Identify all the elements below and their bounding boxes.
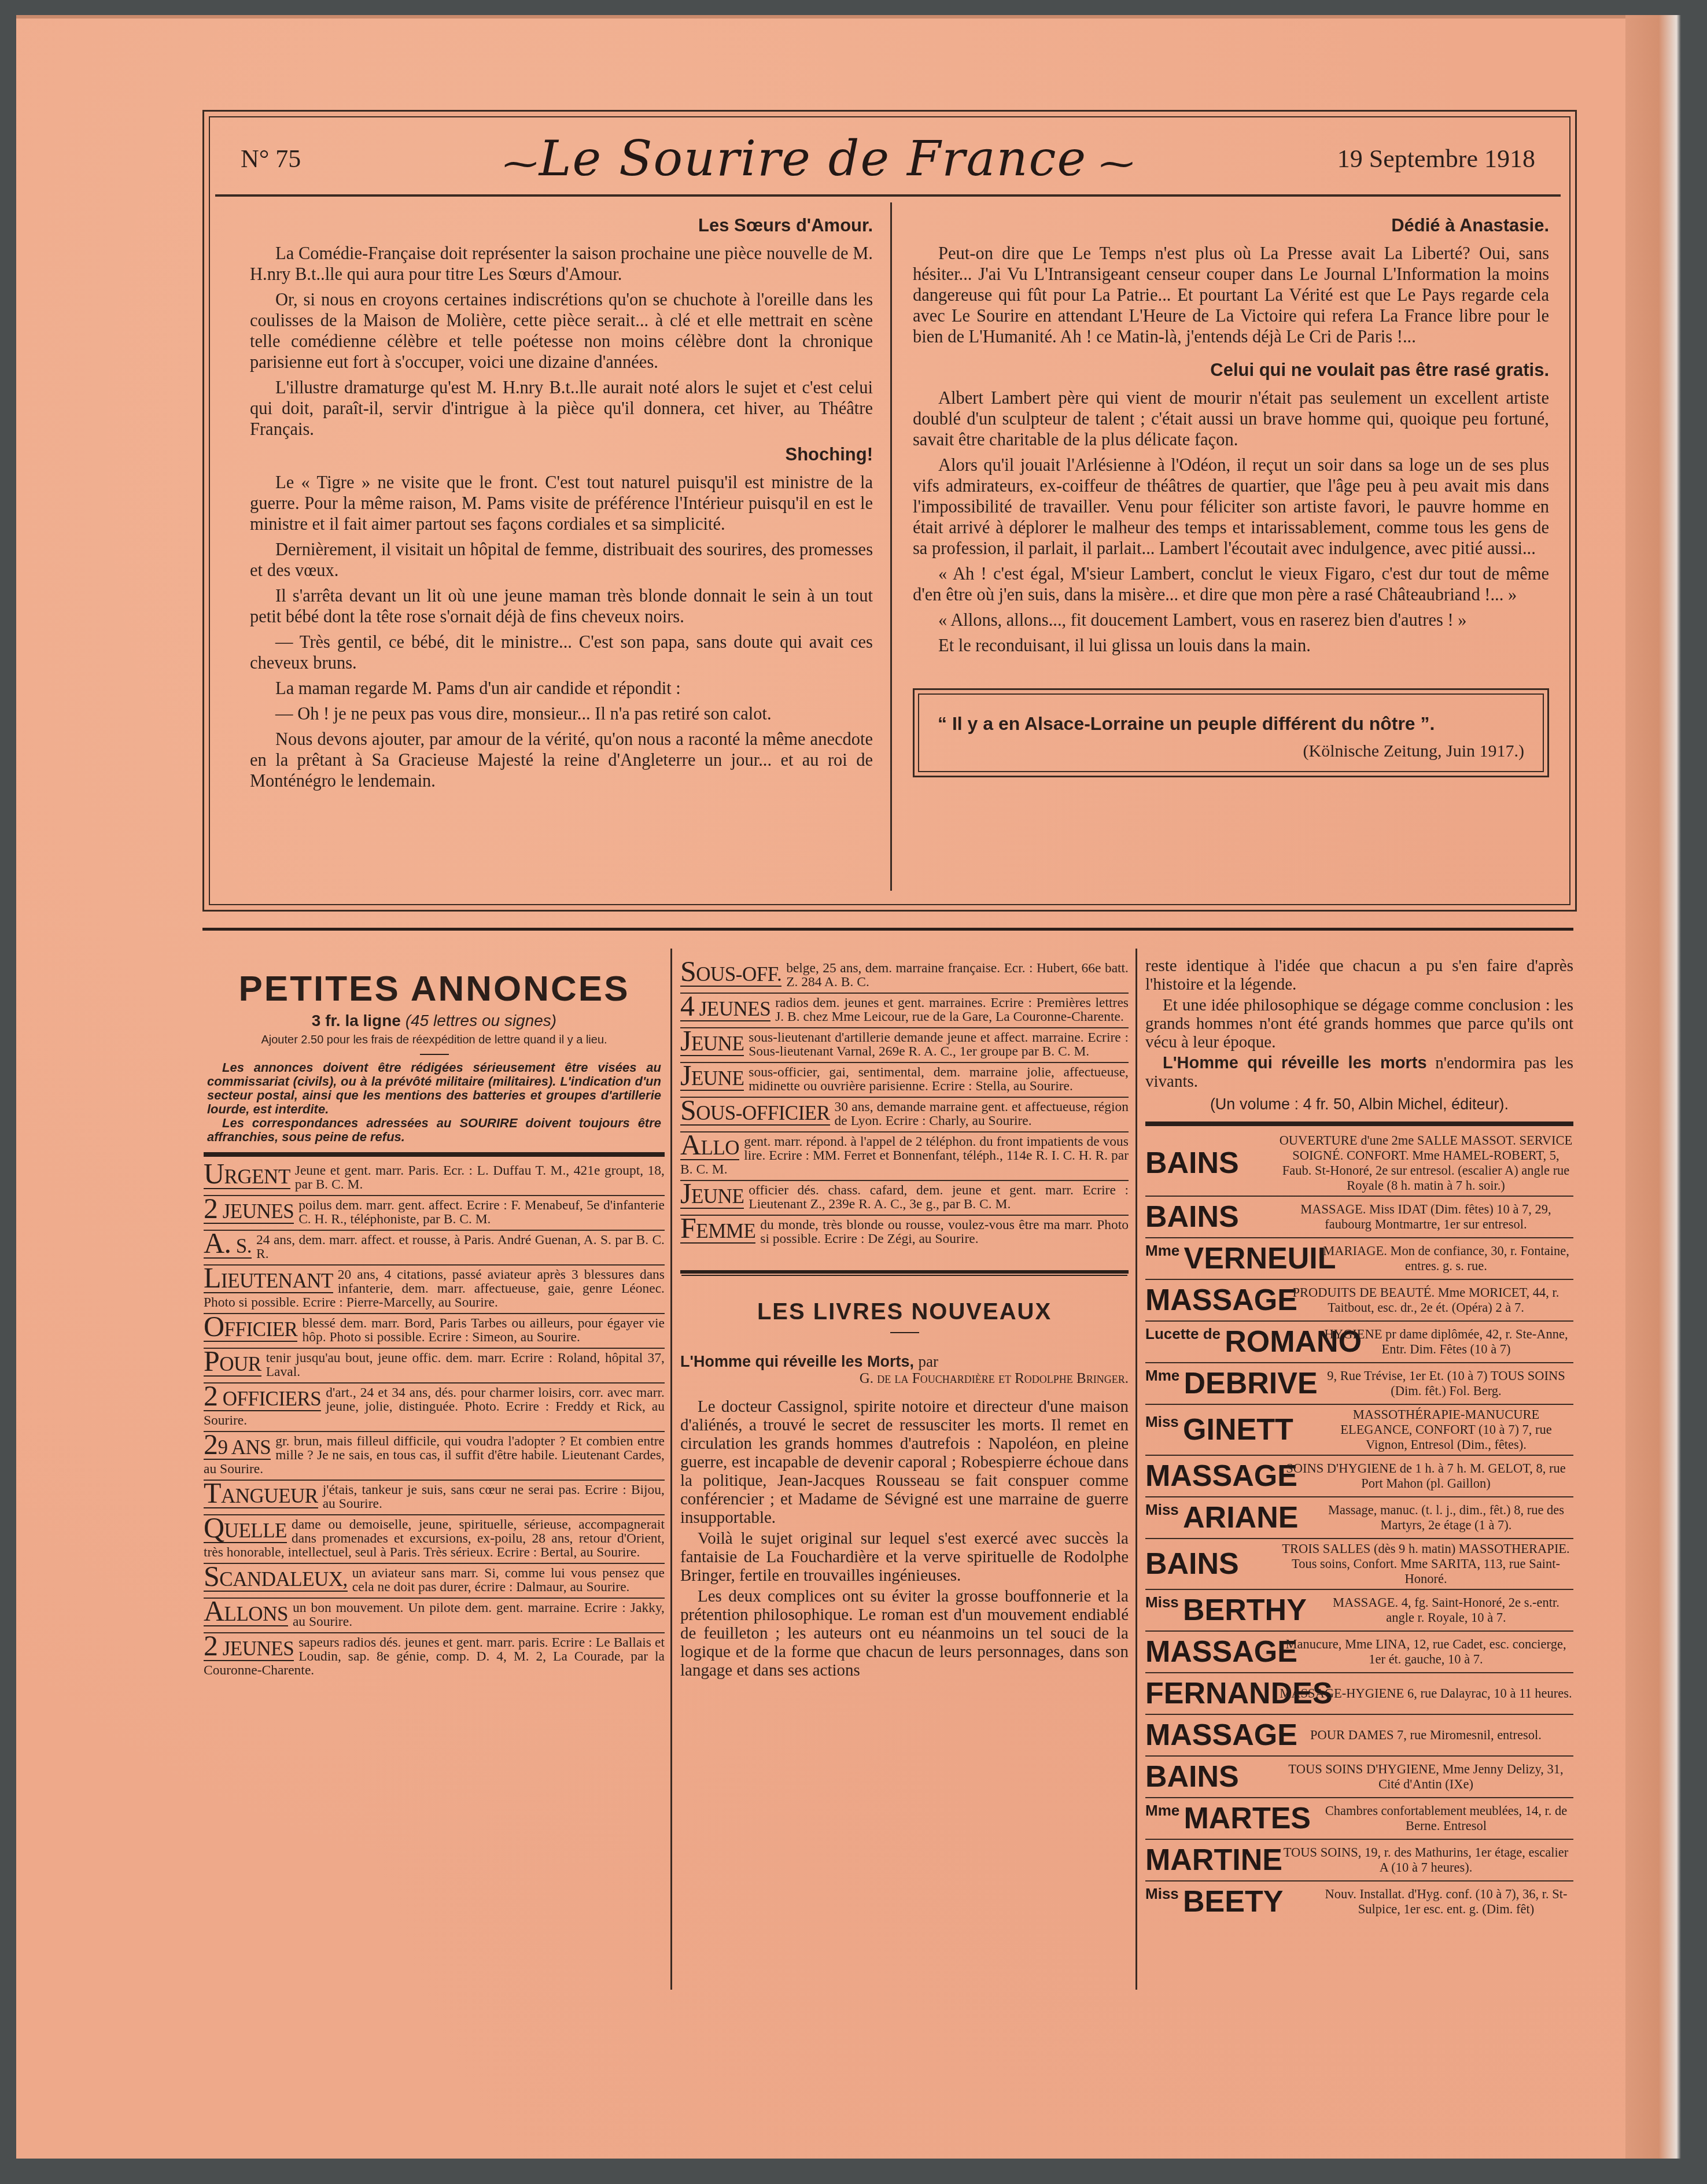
article-paragraph: Le « Tigre » ne visite que le front. C'e… — [250, 472, 873, 534]
article-paragraph: Nous devons ajouter, par amour de la vér… — [250, 729, 873, 791]
classified-ad-text: Jeune et gent. marr. Paris. Ecr. : L. Du… — [295, 1163, 665, 1192]
classified-ad-keyword: QUELLE — [204, 1518, 287, 1543]
classified-ad: SOUS-OFFICIER30 ans, demande marraine ge… — [680, 1098, 1129, 1132]
article-paragraph: Alors qu'il jouait l'Arlésienne à l'Odéo… — [913, 455, 1549, 559]
classified-list: URGENTJeune et gent. marr. Paris. Ecr. :… — [204, 1161, 665, 1681]
classified-ad: SCANDALEUX,un aviateur sans marr. Si, co… — [204, 1564, 665, 1599]
classified-ad: JEUNEofficier dés. chass. cafard, dem. j… — [680, 1181, 1129, 1216]
thick-divider — [204, 1152, 665, 1157]
classified-ad: 2 JEUNESsapeurs radios dés. jeunes et ge… — [204, 1633, 665, 1681]
classified-ad: ALLOgent. marr. répond. à l'appel de 2 t… — [680, 1132, 1129, 1181]
classified-ad-text: 24 ans, dem. marr. affect. et rousse, à … — [256, 1233, 665, 1261]
display-ad-text: Massage, manuc. (t. l. j., dim., fêt.) 8… — [1319, 1503, 1573, 1533]
display-ad-text: MASSAGE. Miss IDAT (Dim. fêtes) 10 à 7, … — [1278, 1202, 1573, 1232]
article-heading: Les Sœurs d'Amour. — [250, 215, 873, 236]
display-ad: BAINSMASSAGE. Miss IDAT (Dim. fêtes) 10 … — [1145, 1197, 1573, 1238]
display-ad-name: MASSAGE — [1145, 1718, 1297, 1752]
classified-ad-keyword: SCANDALEUX, — [204, 1566, 348, 1592]
display-ad: Miss ARIANEMassage, manuc. (t. l. j., di… — [1145, 1497, 1573, 1539]
quote-box: “ Il y a en Alsace-Lorraine un peuple di… — [913, 688, 1549, 777]
display-ad-name: BAINS — [1145, 1146, 1239, 1180]
classified-ad-keyword: 2 JEUNES — [204, 1636, 294, 1661]
display-ad-text: SOINS D'HYGIENE de 1 h. à 7 h. M. GELOT,… — [1278, 1461, 1573, 1491]
display-ad-text: MASSOTHÉRAPIE-MANUCURE ELEGANCE, CONFORT… — [1319, 1407, 1573, 1452]
classified-ad-text: gent. marr. répond. à l'appel de 2 télép… — [680, 1134, 1129, 1177]
display-ad-name: BAINS — [1145, 1760, 1239, 1794]
display-ad: MASSAGESOINS D'HYGIENE de 1 h. à 7 h. M.… — [1145, 1456, 1573, 1497]
classified-ad: LIEUTENANT20 ans, 4 citations, passé avi… — [204, 1266, 665, 1314]
display-ad-text: Chambres confortablement meublées, 14, r… — [1319, 1803, 1573, 1833]
top-columns: Les Sœurs d'Amour. La Comédie-Française … — [215, 202, 1561, 891]
classified-ad-keyword: A. S. — [204, 1233, 252, 1259]
article-paragraph: Dernièrement, il visitait un hôpital de … — [250, 539, 873, 581]
classified-ad: JEUNEsous-officier, gai, sentimental, de… — [680, 1063, 1129, 1098]
right-column: Dédié à Anastasie. Peut-on dire que Le T… — [892, 202, 1561, 891]
display-ad: Mme DEBRIVE9, Rue Trévise, 1er Et. (10 à… — [1145, 1363, 1573, 1405]
classified-ad: SOUS-OFF.belge, 25 ans, dem. marraine fr… — [680, 959, 1129, 994]
double-divider — [680, 1270, 1129, 1274]
classified-ad-text: 30 ans, demande marraine gent. et affect… — [835, 1100, 1129, 1128]
classifieds-title: PETITES ANNONCES — [204, 968, 665, 1009]
classified-ad-keyword: TANGUEUR — [204, 1483, 318, 1508]
classified-ad-text: sous-lieutenant d'artillerie demande jeu… — [749, 1030, 1129, 1059]
display-ad-text: 9, Rue Trévise, 1er Et. (10 à 7) TOUS SO… — [1319, 1368, 1573, 1399]
article-paragraph: « Allons, allons..., fit doucement Lambe… — [913, 610, 1549, 630]
display-ad-list: BAINSOUVERTURE d'une 2me SALLE MASSOT. S… — [1145, 1131, 1573, 1922]
classified-ad: 29 ANSgr. brun, mais filleul difficile, … — [204, 1432, 665, 1481]
display-ad-name: Mme MARTES — [1145, 1802, 1311, 1835]
classified-ad: 4 JEUNESradios dem. jeunes et gent. marr… — [680, 994, 1129, 1028]
display-ad-text: MASSAGE-HYGIENE 6, rue Dalayrac, 10 à 11… — [1278, 1686, 1573, 1701]
article-paragraph: Or, si nous en croyons certaines indiscr… — [250, 289, 873, 372]
article-paragraph: — Oh ! je ne peux pas vous dire, monsieu… — [250, 703, 873, 724]
display-ad-text: PRODUITS DE BEAUTÉ. Mme MORICET, 44, r. … — [1278, 1285, 1573, 1315]
article-paragraph: La Comédie-Française doit représenter la… — [250, 243, 873, 285]
short-divider — [890, 1332, 919, 1333]
display-ad-text: TROIS SALLES (dès 9 h. matin) MASSOTHERA… — [1278, 1541, 1573, 1587]
classified-ad-text: du monde, très blonde ou rousse, voulez-… — [760, 1218, 1129, 1246]
classified-ad-keyword: FEMME — [680, 1218, 755, 1244]
classified-ad-keyword: 2 JEUNES — [204, 1198, 294, 1224]
classified-list: SOUS-OFF.belge, 25 ans, dem. marraine fr… — [680, 959, 1129, 1249]
display-ad-text: MARIAGE. Mon de confiance, 30, r. Fontai… — [1319, 1244, 1573, 1274]
classified-ad-keyword: LIEUTENANT — [204, 1268, 333, 1293]
classified-ad-text: un bon mouvement. Un pilote dem. gent. m… — [293, 1600, 665, 1629]
classified-ad: 2 JEUNESpoilus dem. marr. gent. affect. … — [204, 1196, 665, 1231]
display-ad-text: Nouv. Installat. d'Hyg. conf. (10 à 7), … — [1319, 1887, 1573, 1917]
classified-ad-keyword: JEUNE — [680, 1183, 744, 1209]
display-ad-name: MASSAGE — [1145, 1635, 1297, 1669]
classified-ad: FEMMEdu monde, très blonde ou rousse, vo… — [680, 1216, 1129, 1249]
display-ad: MARTINETOUS SOINS, 19, r. des Mathurins,… — [1145, 1840, 1573, 1882]
display-ad-name: Mme DEBRIVE — [1145, 1367, 1318, 1400]
display-ad: Mme MARTESChambres confortablement meubl… — [1145, 1798, 1573, 1840]
display-ad: BAINSTOUS SOINS D'HYGIENE, Mme Jenny Del… — [1145, 1757, 1573, 1798]
display-ad-name: MARTINE — [1145, 1843, 1282, 1877]
display-ad: BAINSOUVERTURE d'une 2me SALLE MASSOT. S… — [1145, 1131, 1573, 1197]
classified-ad-keyword: 2 OFFICIERS — [204, 1386, 321, 1411]
display-ad-name: Miss BERTHY — [1145, 1593, 1307, 1627]
display-ad: Miss GINETTMASSOTHÉRAPIE-MANUCURE ELEGAN… — [1145, 1405, 1573, 1456]
classified-ad: 2 OFFICIERSd'art., 24 et 34 ans, dés. po… — [204, 1384, 665, 1432]
classified-ad: QUELLEdame ou demoiselle, jeune, spiritu… — [204, 1515, 665, 1564]
book-review-continued: reste identique à l'idée que chacun a pu… — [1145, 957, 1573, 1091]
article-paragraph: « Ah ! c'est égal, M'sieur Lambert, conc… — [913, 563, 1549, 605]
quote-text: “ Il y a en Alsace-Lorraine un peuple di… — [938, 710, 1524, 737]
display-ad-text: Manucure, Mme LINA, 12, rue Cadet, esc. … — [1278, 1637, 1573, 1667]
classified-ad-text: belge, 25 ans, dem. marraine française. … — [786, 961, 1129, 990]
classified-ad: OFFICIERblessé dem. marr. Bord, Paris Ta… — [204, 1314, 665, 1349]
classified-ad-keyword: ALLO — [680, 1135, 739, 1160]
classified-ad-text: sous-officier, gai, sentimental, dem. ma… — [749, 1065, 1129, 1094]
display-ad-text: HYGIENE pr dame diplômée, 42, r. Ste-Ann… — [1319, 1327, 1573, 1357]
display-ad-text: TOUS SOINS, 19, r. des Mathurins, 1er ét… — [1278, 1845, 1573, 1875]
article-paragraph: Peut-on dire que Le Temps n'est plus où … — [913, 243, 1549, 347]
classified-ad-text: blessé dem. marr. Bord, Paris Tarbes ou … — [302, 1316, 665, 1345]
article-paragraph: La maman regarde M. Pams d'un air candid… — [250, 678, 873, 699]
display-ad: MASSAGEManucure, Mme LINA, 12, rue Cadet… — [1145, 1632, 1573, 1673]
display-ad: Miss BERTHYMASSAGE. 4, fg. Saint-Honoré,… — [1145, 1590, 1573, 1632]
display-ad: Miss BEETYNouv. Installat. d'Hyg. conf. … — [1145, 1882, 1573, 1922]
classified-ad: TANGUEURj'étais, tankeur je suis, sans c… — [204, 1481, 665, 1515]
classified-ad-keyword: JEUNE — [680, 1031, 744, 1056]
classified-ad-text: radios dem. jeunes et gent. marraines. E… — [775, 995, 1129, 1024]
article-heading: Shoching! — [250, 444, 873, 465]
classifieds-column-2: SOUS-OFF.belge, 25 ans, dem. marraine fr… — [672, 949, 1137, 1990]
display-ad-text: OUVERTURE d'une 2me SALLE MASSOT. SERVIC… — [1278, 1133, 1573, 1193]
classified-ad-text: j'étais, tankeur je suis, sans cœur ne s… — [323, 1482, 665, 1511]
display-ad: BAINSTROIS SALLES (dès 9 h. matin) MASSO… — [1145, 1539, 1573, 1590]
classified-ad-text: poilus dem. marr. gent. affect. Ecrire :… — [298, 1198, 665, 1227]
classified-ad: ALLONSun bon mouvement. Un pilote dem. g… — [204, 1599, 665, 1633]
display-ad-name: MASSAGE — [1145, 1459, 1297, 1493]
article-paragraph: — Très gentil, ce bébé, dit le ministre.… — [250, 632, 873, 673]
display-ad: MASSAGEPRODUITS DE BEAUTÉ. Mme MORICET, … — [1145, 1280, 1573, 1322]
display-ad-name: Miss ARIANE — [1145, 1501, 1298, 1534]
article-heading: Dédié à Anastasie. — [913, 215, 1549, 236]
classified-ad-keyword: SOUS-OFFICIER — [680, 1100, 830, 1126]
display-ad-name: BAINS — [1145, 1200, 1239, 1234]
classified-ad-keyword: JEUNE — [680, 1065, 744, 1091]
classifieds-price: 3 fr. la ligne (45 lettres ou signes) — [204, 1012, 665, 1030]
classified-ad-keyword: SOUS-OFF. — [680, 961, 781, 987]
display-ad-name: MASSAGE — [1145, 1283, 1297, 1317]
classified-ad: POURtenir jusqu'au bout, jeune offic. de… — [204, 1349, 665, 1384]
issue-number: N° 75 — [241, 144, 301, 174]
books-section-title: LES LIVRES NOUVEAUX — [680, 1299, 1129, 1325]
classified-ad-keyword: POUR — [204, 1351, 261, 1377]
book-title: L'Homme qui réveille les Morts, par — [680, 1353, 1129, 1371]
display-ad-name: BAINS — [1145, 1547, 1239, 1581]
display-ad-text: POUR DAMES 7, rue Miromesnil, entresol. — [1278, 1728, 1573, 1743]
classified-ad: JEUNEsous-lieutenant d'artillerie demand… — [680, 1028, 1129, 1063]
left-column: Les Sœurs d'Amour. La Comédie-Française … — [215, 202, 892, 891]
classifieds-rules: Les annonces doivent être rédigées série… — [204, 1061, 665, 1144]
display-ad-name: Mme VERNEUIL — [1145, 1242, 1336, 1275]
article-paragraph: Il s'arrêta devant un lit où une jeune m… — [250, 585, 873, 627]
section-divider — [202, 928, 1573, 931]
classified-ad-text: tenir jusqu'au bout, jeune offic. dem. m… — [266, 1351, 665, 1379]
display-ad-name: Miss BEETY — [1145, 1885, 1283, 1919]
book-review: Le docteur Cassignol, spirite notoire et… — [680, 1397, 1129, 1680]
display-ad-name: Miss GINETT — [1145, 1413, 1293, 1447]
display-ad: Mme VERNEUILMARIAGE. Mon de confiance, 3… — [1145, 1238, 1573, 1280]
bottom-columns: PETITES ANNONCES 3 fr. la ligne (45 lett… — [202, 949, 1573, 1990]
journal-title: Le Sourire de France — [503, 130, 1135, 187]
article-paragraph: Et le reconduisant, il lui glissa un lou… — [913, 635, 1549, 656]
classified-ad-keyword: ALLONS — [204, 1601, 288, 1626]
classified-ad: URGENTJeune et gent. marr. Paris. Ecr. :… — [204, 1161, 665, 1196]
classified-ad-keyword: OFFICIER — [204, 1316, 297, 1342]
display-ad-text: MASSAGE. 4, fg. Saint-Honoré, 2e s.-entr… — [1319, 1595, 1573, 1625]
display-ad: Lucette de ROMANOHYGIENE pr dame diplômé… — [1145, 1322, 1573, 1363]
issue-date: 19 Septembre 1918 — [1337, 144, 1535, 174]
classified-ad-keyword: URGENT — [204, 1164, 290, 1189]
article-paragraph: L'illustre dramaturge qu'est M. H.nry B.… — [250, 377, 873, 440]
short-divider — [420, 1054, 449, 1055]
masthead: N° 75 Le Sourire de France 19 Septembre … — [215, 123, 1561, 197]
classifieds-extra-fee: Ajouter 2.50 pour les frais de réexpédit… — [204, 1034, 665, 1047]
page-top-edge — [16, 15, 1681, 19]
article-paragraph: Albert Lambert père qui vient de mourir … — [913, 388, 1549, 450]
article-heading: Celui qui ne voulait pas être rasé grati… — [913, 360, 1549, 381]
display-ad-text: TOUS SOINS D'HYGIENE, Mme Jenny Delizy, … — [1278, 1762, 1573, 1792]
classified-ad-text: gr. brun, mais filleul difficile, qui vo… — [204, 1434, 665, 1477]
book-price-publisher: (Un volume : 4 fr. 50, Albin Michel, édi… — [1145, 1095, 1573, 1113]
classified-ad-keyword: 29 ANS — [204, 1434, 271, 1460]
display-ad: FERNANDESMASSAGE-HYGIENE 6, rue Dalayrac… — [1145, 1673, 1573, 1715]
classified-ad: A. S.24 ans, dem. marr. affect. et rouss… — [204, 1231, 665, 1266]
classified-ad-text: officier dés. chass. cafard, dem. jeune … — [749, 1183, 1129, 1212]
page-torn-edge — [1625, 15, 1681, 2159]
ads-column-3: reste identique à l'idée que chacun a pu… — [1137, 949, 1573, 1990]
quote-source: (Kölnische Zeitung, Juin 1917.) — [938, 741, 1524, 762]
classified-ad-keyword: 4 JEUNES — [680, 996, 770, 1021]
display-ad: MASSAGEPOUR DAMES 7, rue Miromesnil, ent… — [1145, 1715, 1573, 1757]
book-authors: G. de la Fouchardière et Rodolphe Bringe… — [680, 1371, 1129, 1387]
classifieds-column-1: PETITES ANNONCES 3 fr. la ligne (45 lett… — [202, 949, 672, 1990]
classified-ad-text: un aviateur sans marr. Si, comme lui vou… — [352, 1566, 665, 1595]
thick-divider — [1145, 1121, 1573, 1126]
